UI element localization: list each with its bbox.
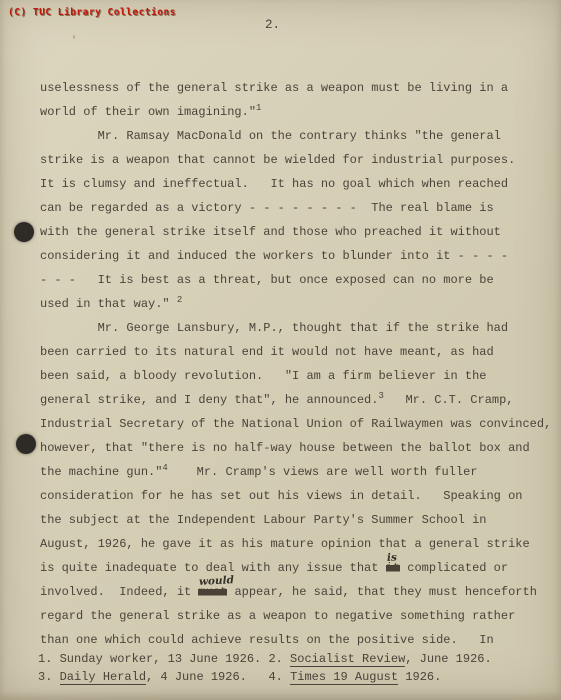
struck-out-word: it	[386, 561, 400, 575]
typed-text: world of their own imagining."	[40, 105, 256, 119]
typed-text: the subject at the Independent Labour Pa…	[40, 513, 486, 527]
hole-punch-top	[14, 222, 34, 242]
typed-text: than one which could achieve results on …	[40, 633, 494, 647]
text-line: with the general strike itself and those…	[40, 220, 556, 244]
typed-text: Mr. C.T. Cramp,	[384, 393, 514, 407]
footnote-marker: 1	[256, 103, 261, 113]
typed-text: August, 1926, he gave it as his mature o…	[40, 537, 530, 551]
text-line: can be regarded as a victory - - - - - -…	[40, 196, 556, 220]
typed-text: 1926.	[398, 670, 441, 684]
typewritten-text-block: uselessness of the general strike as a w…	[40, 76, 556, 652]
typed-text: with the general strike itself and those…	[40, 225, 501, 239]
text-line: Mr. George Lansbury, M.P., thought that …	[40, 316, 556, 340]
underlined-citation: Socialist Review	[290, 652, 405, 667]
typed-text: Mr. Cramp's views are well worth fuller	[168, 465, 478, 479]
typed-text: uselessness of the general strike as a w…	[40, 81, 508, 95]
typed-text: been said, a bloody revolution. "I am a …	[40, 369, 486, 383]
typed-text: involved. Indeed, it	[40, 585, 198, 599]
tuc-library-watermark: (C) TUC Library Collections	[8, 7, 176, 18]
text-line: the machine gun."4 Mr. Cramp's views are…	[40, 460, 556, 484]
footnote-marker: 4	[162, 463, 167, 473]
typed-text: used in that way."	[40, 297, 177, 311]
typed-text: can be regarded as a victory - - - - - -…	[40, 201, 494, 215]
footnote-marker: 2	[177, 295, 182, 305]
typed-text: 1. Sunday worker, 13 June 1926. 2.	[38, 652, 290, 666]
document-page: (C) TUC Library Collections 2. ' useless…	[0, 0, 561, 700]
typed-text: been carried to its natural end it would…	[40, 345, 494, 359]
text-line: consideration for he has set out his vie…	[40, 484, 556, 508]
text-line: been said, a bloody revolution. "I am a …	[40, 364, 556, 388]
typed-text: Industrial Secretary of the National Uni…	[40, 417, 551, 431]
footnote-marker: 3	[378, 391, 383, 401]
footnote-line: 3. Daily Herald, 4 June 1926. 4. Times 1…	[38, 668, 554, 686]
typed-text: Mr. Ramsay MacDonald on the contrary thi…	[40, 129, 501, 143]
typed-text: appear, he said, that they must hencefor…	[227, 585, 537, 599]
text-line: however, that "there is no half-way hous…	[40, 436, 556, 460]
underlined-citation: Daily Herald	[60, 670, 146, 685]
footnote-block: 1. Sunday worker, 13 June 1926. 2. Socia…	[38, 650, 554, 686]
text-line: the subject at the Independent Labour Pa…	[40, 508, 556, 532]
text-line: regard the general strike as a weapon to…	[40, 604, 556, 628]
typed-text: strike is a weapon that cannot be wielde…	[40, 153, 515, 167]
underlined-citation: Times 19 August	[290, 670, 398, 685]
text-line: general strike, and I deny that", he ann…	[40, 388, 556, 412]
text-line: involved. Indeed, it wouldmust appear, h…	[40, 580, 556, 604]
typed-text: the machine gun."	[40, 465, 162, 479]
typed-text: consideration for he has set out his vie…	[40, 489, 522, 503]
text-line: than one which could achieve results on …	[40, 628, 556, 652]
text-line: Industrial Secretary of the National Uni…	[40, 412, 556, 436]
text-line: used in that way." 2	[40, 292, 556, 316]
text-line: August, 1926, he gave it as his mature o…	[40, 532, 556, 556]
typed-text: general strike, and I deny that", he ann…	[40, 393, 378, 407]
typed-text: 3.	[38, 670, 60, 684]
typed-text: considering it and induced the workers t…	[40, 249, 508, 263]
text-line: Mr. Ramsay MacDonald on the contrary thi…	[40, 124, 556, 148]
text-line: considering it and induced the workers t…	[40, 244, 556, 268]
text-line: - - - It is best as a threat, but once e…	[40, 268, 556, 292]
hole-punch-bottom	[16, 434, 36, 454]
text-line: strike is a weapon that cannot be wielde…	[40, 148, 556, 172]
text-line: world of their own imagining."1	[40, 100, 556, 124]
typed-text: It is clumsy and ineffectual. It has no …	[40, 177, 508, 191]
typed-text: - - - It is best as a threat, but once e…	[40, 273, 494, 287]
text-line: is quite inadequate to deal with any iss…	[40, 556, 556, 580]
text-line: been carried to its natural end it would…	[40, 340, 556, 364]
struck-out-word: must	[198, 585, 227, 599]
typed-text: , 4 June 1926. 4.	[146, 670, 290, 684]
typed-text: regard the general strike as a weapon to…	[40, 609, 515, 623]
typed-text: , June 1926.	[405, 652, 491, 666]
page-number: 2.	[265, 18, 280, 32]
text-line: uselessness of the general strike as a w…	[40, 76, 556, 100]
typed-text: Mr. George Lansbury, M.P., thought that …	[40, 321, 508, 335]
footnote-line: 1. Sunday worker, 13 June 1926. 2. Socia…	[38, 650, 554, 668]
typed-text: however, that "there is no half-way hous…	[40, 441, 530, 455]
typed-text: is quite inadequate to deal with any iss…	[40, 561, 386, 575]
stray-mark: '	[71, 36, 77, 47]
text-line: It is clumsy and ineffectual. It has no …	[40, 172, 556, 196]
typed-text: complicated or	[400, 561, 508, 575]
